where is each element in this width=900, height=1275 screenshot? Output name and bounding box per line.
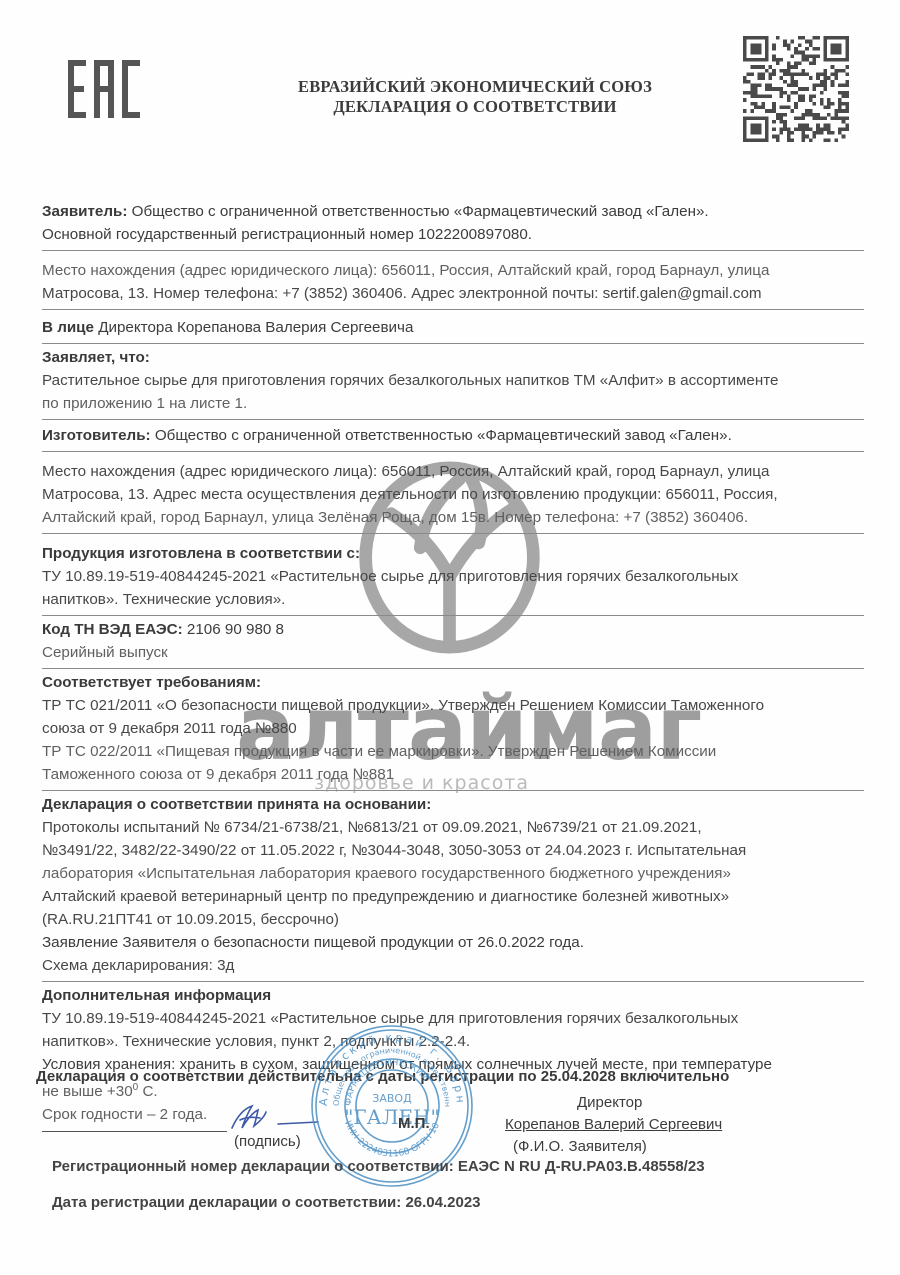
tn-ved-label: Код ТН ВЭД ЕАЭС:	[42, 621, 183, 638]
basis-line5: (RA.RU.21ПТ41 от 10.09.2015, бессрочно)	[42, 908, 864, 931]
document-title: ЕВРАЗИЙСКИЙ ЭКОНОМИЧЕСКИЙ СОЮЗ ДЕКЛАРАЦИ…	[240, 77, 710, 117]
manufacturer-address-section: Место нахождения (адрес юридического лиц…	[42, 452, 864, 534]
eac-logo-icon	[68, 60, 140, 118]
basis-line4: Алтайский краевой ветеринарный центр по …	[42, 885, 864, 908]
registration-date: Дата регистрации декларации о соответств…	[52, 1194, 481, 1211]
manufacturer-address-line1: Место нахождения (адрес юридического лиц…	[42, 460, 864, 483]
represented-by-name: Директора Корепанова Валерия Сергеевича	[94, 319, 413, 336]
made-according-line1: ТУ 10.89.19-519-40844245-2021 «Раститель…	[42, 565, 864, 588]
made-according-label: Продукция изготовлена в соответствии с:	[42, 542, 864, 565]
storage-temp: не выше +30	[42, 1083, 133, 1100]
manufacturer-section: Изготовитель: Общество с ограниченной от…	[42, 420, 864, 452]
requirements-line2: союза от 9 декабря 2011 года №880	[42, 717, 864, 740]
declaration-body: Заявитель: Общество с ограниченной ответ…	[42, 198, 864, 1130]
applicant-name: Общество с ограниченной ответственностью…	[127, 203, 708, 220]
applicant-address-section: Место нахождения (адрес юридического лиц…	[42, 251, 864, 310]
made-according-line2: напитков». Технические условия».	[42, 588, 864, 611]
requirements-line4: Таможенного союза от 9 декабря 2011 года…	[42, 763, 864, 786]
declares-section: Заявляет, что: Растительное сырье для пр…	[42, 344, 864, 420]
signature-line	[42, 1131, 227, 1132]
requirements-line1: ТР ТС 021/2011 «О безопасности пищевой п…	[42, 694, 864, 717]
declaration-page: ЕВРАЗИЙСКИЙ ЭКОНОМИЧЕСКИЙ СОЮЗ ДЕКЛАРАЦИ…	[0, 0, 900, 1275]
title-union: ЕВРАЗИЙСКИЙ ЭКОНОМИЧЕСКИЙ СОЮЗ	[240, 77, 710, 97]
registration-number: Регистрационный номер декларации о соотв…	[52, 1158, 705, 1175]
basis-label: Декларация о соответствии принята на осн…	[42, 793, 864, 816]
manufacturer-name: Общество с ограниченной ответственностью…	[151, 427, 732, 444]
represented-by-label: В лице	[42, 319, 94, 336]
requirements-line3: ТР ТС 022/2011 «Пищевая продукция в част…	[42, 740, 864, 763]
applicant-section: Заявитель: Общество с ограниченной ответ…	[42, 198, 864, 251]
applicant-label: Заявитель:	[42, 203, 127, 220]
signature-caption: (подпись)	[234, 1133, 301, 1150]
document-header: ЕВРАЗИЙСКИЙ ЭКОНОМИЧЕСКИЙ СОЮЗ ДЕКЛАРАЦИ…	[0, 0, 900, 190]
tn-ved-value: 2106 90 980 8	[183, 621, 284, 638]
requirements-section: Соответствует требованиям: ТР ТС 021/201…	[42, 669, 864, 791]
title-declaration: ДЕКЛАРАЦИЯ О СООТВЕТСТВИИ	[240, 97, 710, 117]
made-according-section: Продукция изготовлена в соответствии с: …	[42, 534, 864, 616]
declares-line1: Растительное сырье для приготовления гор…	[42, 369, 864, 392]
storage-temp-suffix: С.	[138, 1083, 157, 1100]
declares-line2: по приложению 1 на листе 1.	[42, 392, 864, 415]
manufacturer-address-line2: Матросова, 13. Адрес места осуществления…	[42, 483, 864, 506]
basis-line7: Схема декларирования: 3д	[42, 954, 864, 977]
seal-placeholder: М.П.	[398, 1115, 430, 1132]
manufacturer-address-line3: Алтайский край, город Барнаул, улица Зел…	[42, 506, 864, 529]
signer-name: Корепанов Валерий Сергеевич	[505, 1116, 722, 1133]
svg-text:ЗАВОД: ЗАВОД	[372, 1092, 412, 1105]
manufacturer-label: Изготовитель:	[42, 427, 151, 444]
basis-line3: лаборатория «Испытательная лаборатория к…	[42, 862, 864, 885]
additional-label: Дополнительная информация	[42, 984, 864, 1007]
applicant-address-line1: Место нахождения (адрес юридического лиц…	[42, 259, 864, 282]
requirements-label: Соответствует требованиям:	[42, 671, 864, 694]
name-caption: (Ф.И.О. Заявителя)	[513, 1138, 647, 1155]
represented-by-section: В лице Директора Корепанова Валерия Серг…	[42, 310, 864, 344]
basis-section: Декларация о соответствии принята на осн…	[42, 791, 864, 982]
applicant-address-line2: Матросова, 13. Номер телефона: +7 (3852)…	[42, 282, 864, 305]
qr-code-icon	[742, 36, 850, 142]
tn-ved-section: Код ТН ВЭД ЕАЭС: 2106 90 980 8 Серийный …	[42, 616, 864, 669]
signer-position: Директор	[577, 1094, 642, 1111]
applicant-ogrn: Основной государственный регистрационный…	[42, 223, 864, 246]
basis-line1: Протоколы испытаний № 6734/21-6738/21, №…	[42, 816, 864, 839]
basis-line6: Заявление Заявителя о безопасности пищев…	[42, 931, 864, 954]
basis-line2: №3491/22, 3482/22-3490/22 от 11.05.2022 …	[42, 839, 864, 862]
release-type: Серийный выпуск	[42, 641, 864, 664]
declares-label: Заявляет, что:	[42, 346, 864, 369]
